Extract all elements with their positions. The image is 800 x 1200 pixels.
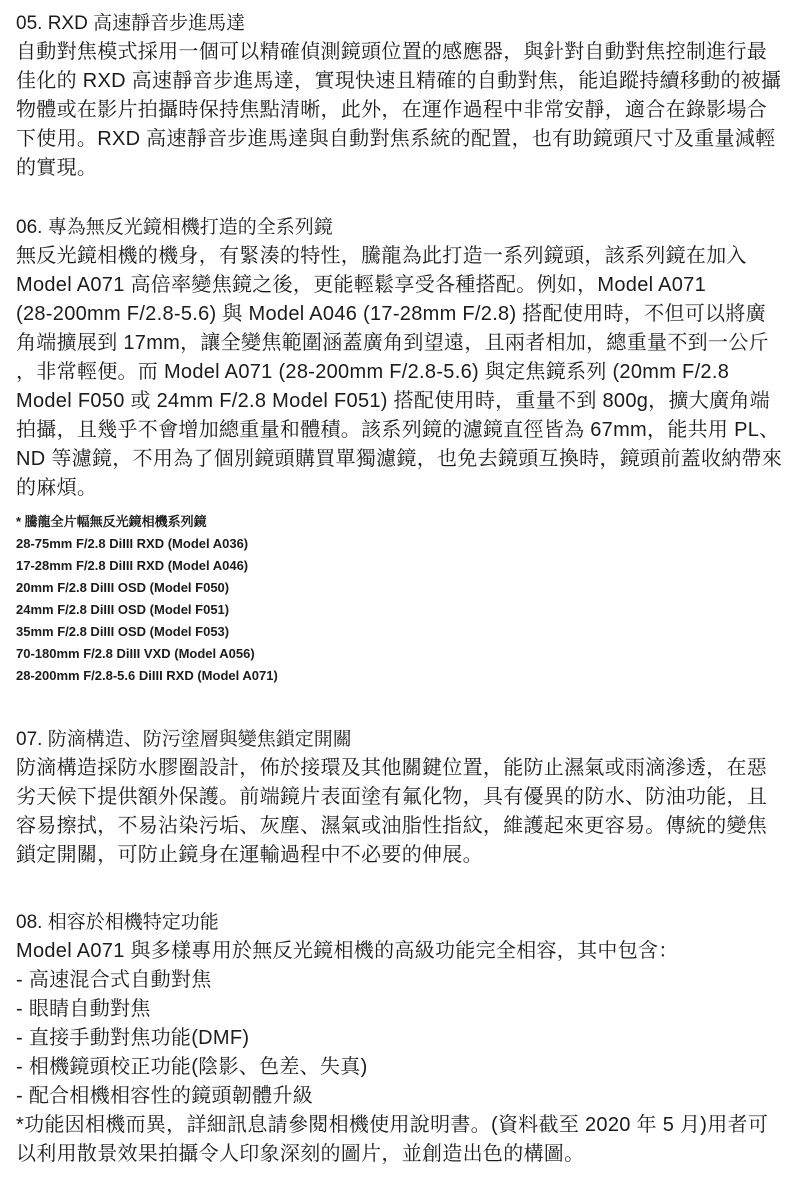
section-08: 08. 相容於相機特定功能 Model A071 與多樣專用於無反光鏡相機的高級… [16, 908, 786, 1169]
text-line: 無反光鏡相機的機身，有緊湊的特性，騰龍為此打造一系列鏡頭，該系列鏡在加入 [16, 242, 786, 271]
feature-bullet: - 直接手動對焦功能(DMF) [16, 1024, 786, 1053]
text-line: 佳化的 RXD 高速靜音步進馬達，實現快速且精確的自動對焦，能追蹤持續移動的被攝 [16, 67, 786, 96]
footnote-line: *功能因相機而異，詳細訊息請參閱相機使用說明書。(資料截至 2020 年 5 月… [16, 1111, 786, 1140]
feature-bullet: - 相機鏡頭校正功能(陰影、色差、失真) [16, 1053, 786, 1082]
section-08-intro: Model A071 與多樣專用於無反光鏡相機的高級功能完全相容，其中包含： [16, 937, 786, 966]
text-line: (28-200mm F/2.8-5.6) 與 Model A046 (17-28… [16, 300, 786, 329]
lens-model-item: 35mm F/2.8 DiIII OSD (Model F053) [16, 621, 786, 643]
text-line: 的麻煩。 [16, 474, 786, 503]
text-line: 鎖定開關，可防止鏡身在運輸過程中不必要的伸展。 [16, 841, 786, 870]
document-body: 05. RXD 高速靜音步進馬達 自動對焦模式採用一個可以精確偵測鏡頭位置的感應… [0, 0, 800, 1169]
text-line: 容易擦拭，不易沾染污垢、灰塵、濕氣或油脂性指紋，維護起來更容易。傳統的變焦 [16, 812, 786, 841]
text-line: 自動對焦模式採用一個可以精確偵測鏡頭位置的感應器，與針對自動對焦控制進行最 [16, 38, 786, 67]
lens-model-item: 24mm F/2.8 DiIII OSD (Model F051) [16, 599, 786, 621]
section-07-heading: 07. 防滴構造、防污塗層與變焦鎖定開關 [16, 725, 786, 754]
text-line: 角端擴展到 17mm，讓全變焦範圍涵蓋廣角到望遠，且兩者相加，總重量不到一公斤 [16, 329, 786, 358]
feature-bullet: - 眼睛自動對焦 [16, 995, 786, 1024]
section-05: 05. RXD 高速靜音步進馬達 自動對焦模式採用一個可以精確偵測鏡頭位置的感應… [16, 9, 786, 183]
text-line: 的實現。 [16, 154, 786, 183]
lens-model-item: 20mm F/2.8 DiIII OSD (Model F050) [16, 577, 786, 599]
lens-series-note: * 騰龍全片幅無反光鏡相機系列鏡 [16, 511, 786, 533]
text-line: 下使用。RXD 高速靜音步進馬達與自動對焦系統的配置，也有助鏡頭尺寸及重量減輕 [16, 125, 786, 154]
lens-series-list: * 騰龍全片幅無反光鏡相機系列鏡 28-75mm F/2.8 DiIII RXD… [16, 511, 786, 687]
lens-model-item: 70-180mm F/2.8 DiIII VXD (Model A056) [16, 643, 786, 665]
section-08-heading: 08. 相容於相機特定功能 [16, 908, 786, 937]
text-line: 物體或在影片拍攝時保持焦點清晰，此外，在運作過程中非常安靜，適合在錄影場合 [16, 96, 786, 125]
lens-model-item: 28-75mm F/2.8 DiIII RXD (Model A036) [16, 533, 786, 555]
section-05-heading: 05. RXD 高速靜音步進馬達 [16, 9, 786, 38]
text-line: ND 等濾鏡，不用為了個別鏡頭購買單獨濾鏡，也免去鏡頭互換時，鏡頭前蓋收納帶來 [16, 445, 786, 474]
lens-model-item: 28-200mm F/2.8-5.6 DiIII RXD (Model A071… [16, 665, 786, 687]
lens-model-item: 17-28mm F/2.8 DiIII RXD (Model A046) [16, 555, 786, 577]
text-line: 防滴構造採防水膠圈設計，佈於接環及其他關鍵位置，能防止濕氣或雨滴滲透，在惡 [16, 754, 786, 783]
text-line: ，非常輕便。而 Model A071 (28-200mm F/2.8-5.6) … [16, 358, 786, 387]
text-line: Model A071 高倍率變焦鏡之後，更能輕鬆享受各種搭配。例如，Model … [16, 271, 786, 300]
feature-bullet: - 高速混合式自動對焦 [16, 966, 786, 995]
text-line: 拍攝，且幾乎不會增加總重量和體積。該系列鏡的濾鏡直徑皆為 67mm，能共用 PL… [16, 416, 786, 445]
text-line: Model F050 或 24mm F/2.8 Model F051) 搭配使用… [16, 387, 786, 416]
text-line: 劣天候下提供額外保護。前端鏡片表面塗有氟化物，具有優異的防水、防油功能，且 [16, 783, 786, 812]
section-06-heading: 06. 專為無反光鏡相機打造的全系列鏡 [16, 213, 786, 242]
section-06: 06. 專為無反光鏡相機打造的全系列鏡 無反光鏡相機的機身，有緊湊的特性，騰龍為… [16, 213, 786, 687]
footnote-line: 以利用散景效果拍攝令人印象深刻的圖片，並創造出色的構圖。 [16, 1140, 786, 1169]
feature-bullet: - 配合相機相容性的鏡頭韌體升級 [16, 1082, 786, 1111]
section-07: 07. 防滴構造、防污塗層與變焦鎖定開關 防滴構造採防水膠圈設計，佈於接環及其他… [16, 725, 786, 870]
